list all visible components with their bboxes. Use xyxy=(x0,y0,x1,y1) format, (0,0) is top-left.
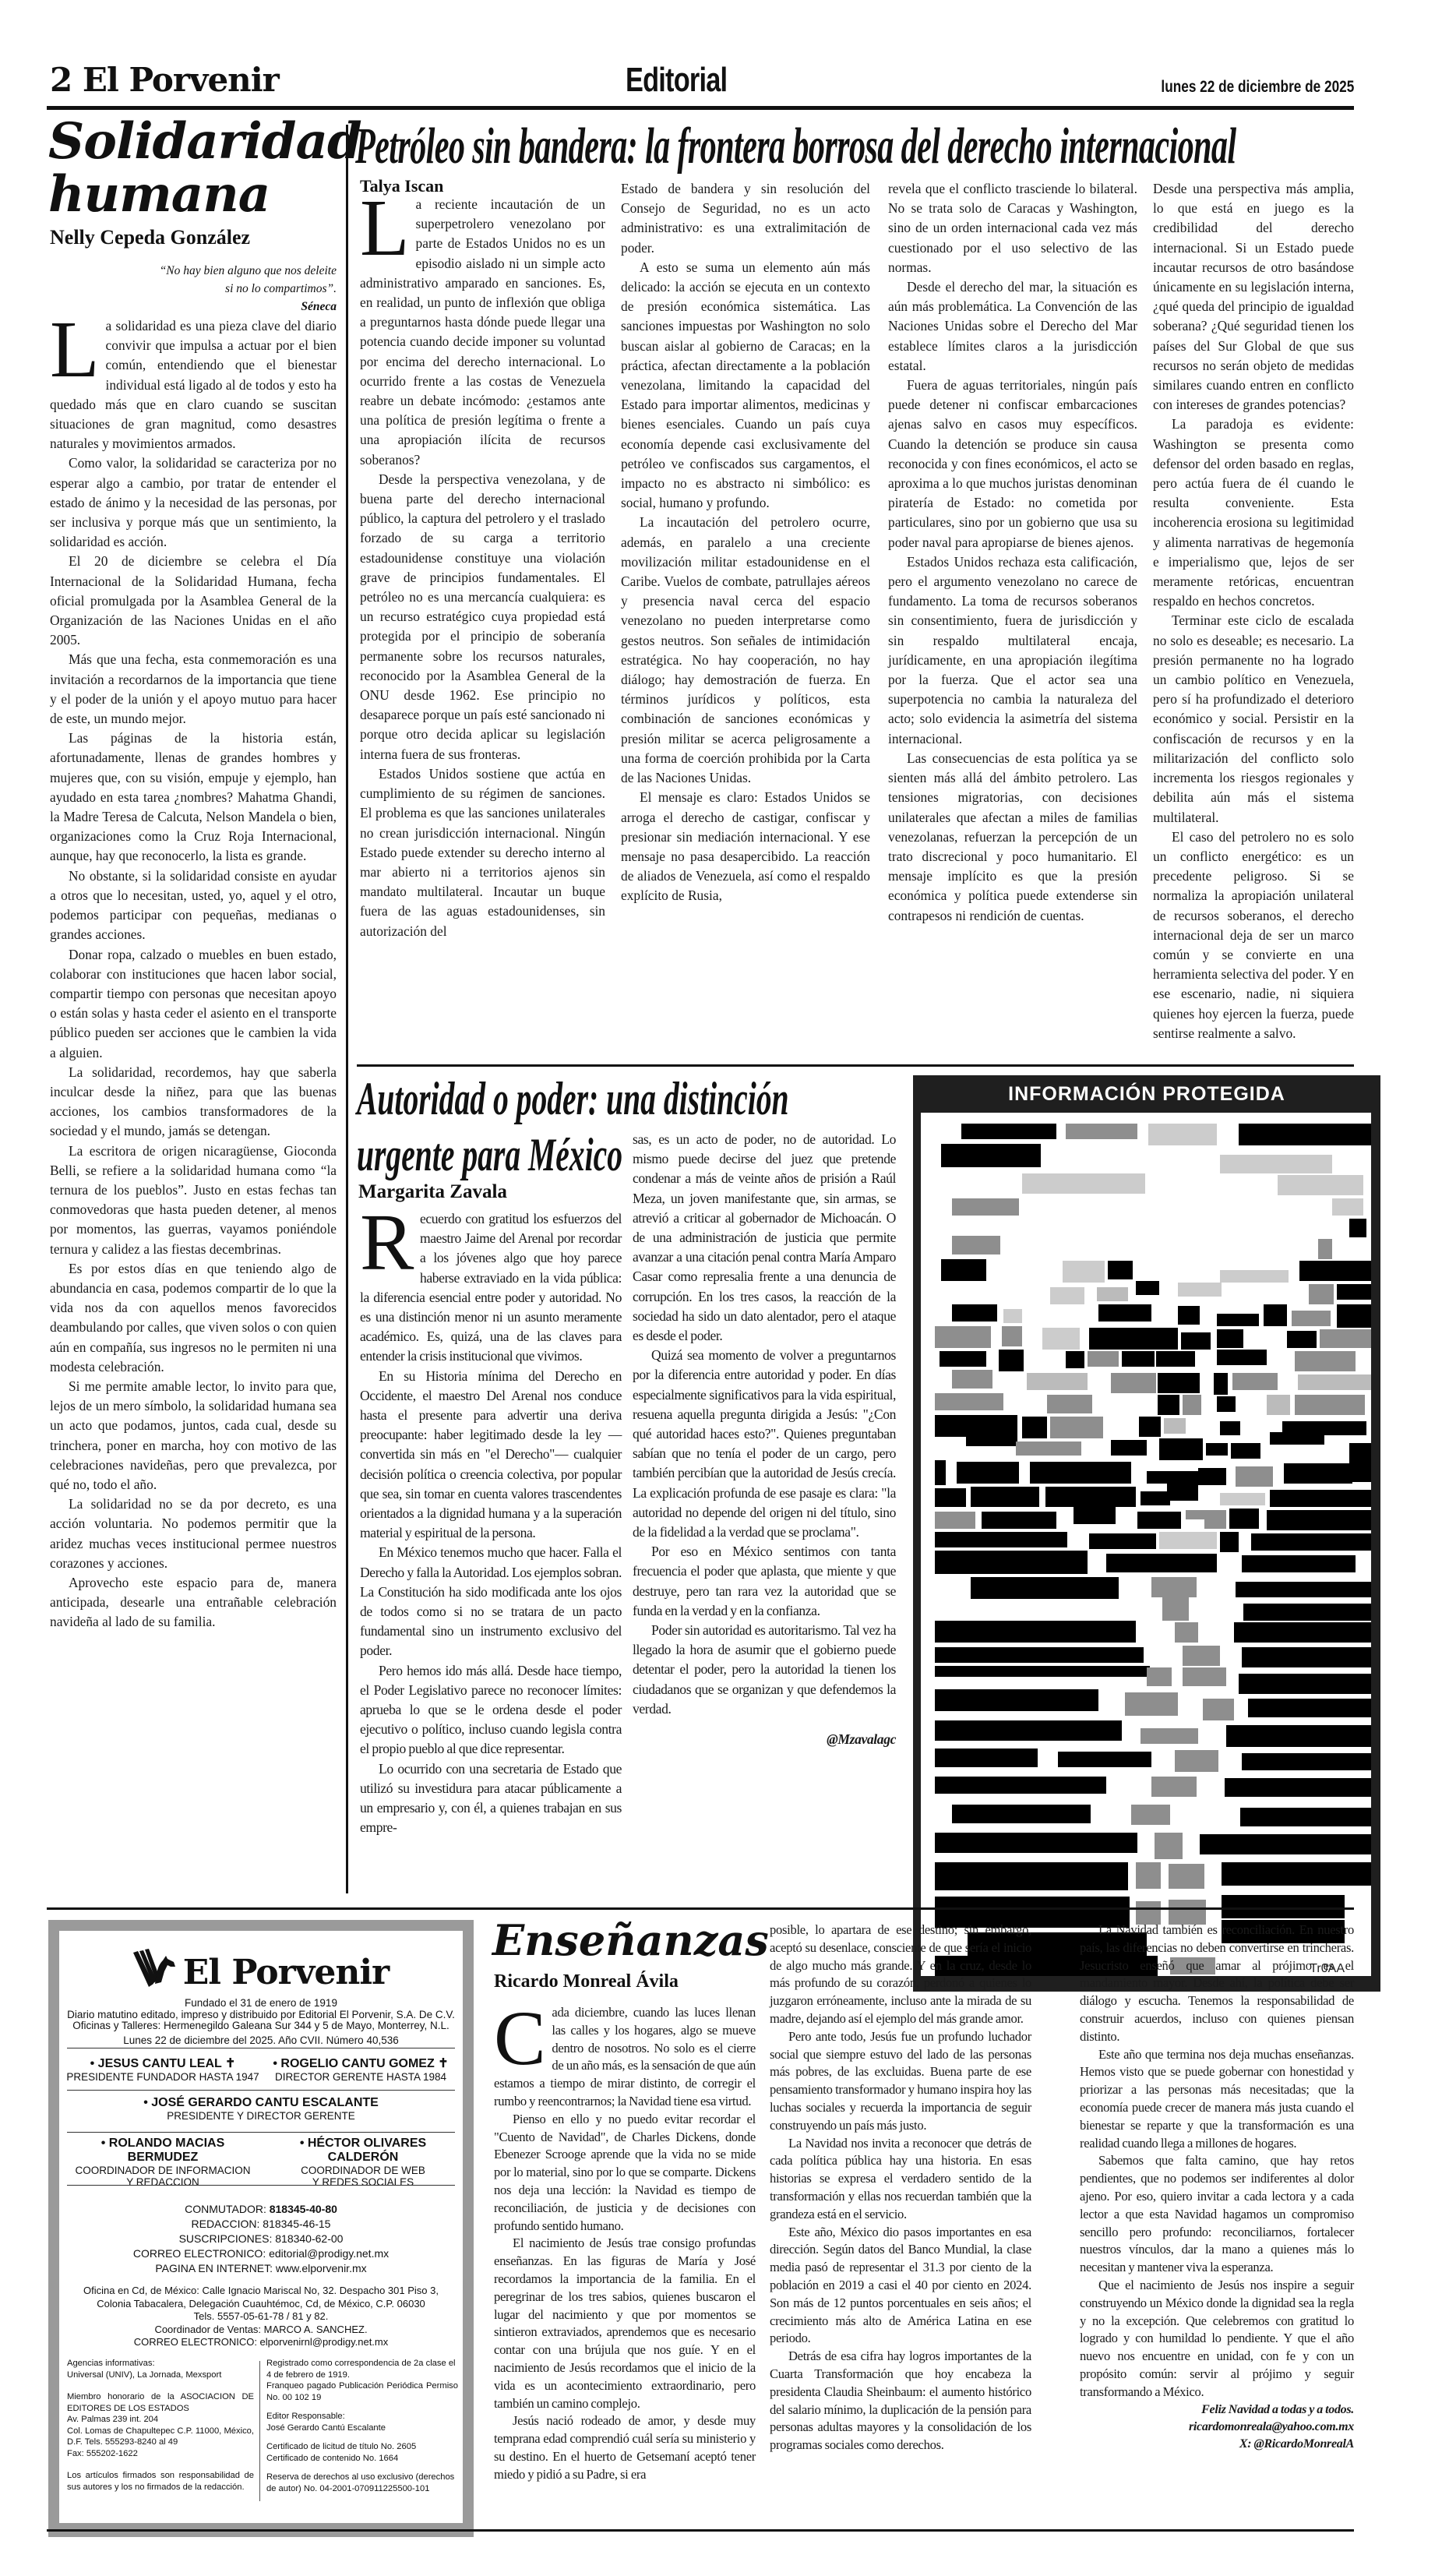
redaction-bar xyxy=(1349,1443,1371,1482)
redaction-bar xyxy=(1175,1622,1198,1643)
legal-right: Registrado como correspondencia de 2a cl… xyxy=(266,2358,458,2494)
redaction-bar xyxy=(982,1512,1056,1529)
redaction-bar xyxy=(1111,1440,1147,1456)
article-column-ensenanzas-1: Cada diciembre, cuando las luces llenan … xyxy=(494,2004,756,2484)
redaction-bar xyxy=(1158,1395,1179,1415)
paragraph: Desde la perspectiva venezolana, y de bu… xyxy=(360,470,605,764)
redaction-bar xyxy=(1270,1490,1371,1507)
paragraph: La paradoja es evidente: Washington se p… xyxy=(1153,415,1354,611)
staff-publication-info: Fundado el 31 de enero de 1919 Diario ma… xyxy=(59,1998,463,2046)
redaction-bar xyxy=(1284,1463,1352,1484)
article-column-petroleo-4: Desde una perspectiva más amplia, lo que… xyxy=(1153,179,1354,1043)
paragraph: Pienso en ello y no puedo evitar recorda… xyxy=(494,2111,756,2235)
page-masthead: 2 El Porvenir xyxy=(50,61,279,99)
redaction-bar xyxy=(999,1350,1024,1371)
paragraph: Estado de bandera y sin resolución del C… xyxy=(621,179,870,258)
edition-line: Lunes 22 de diciembre del 2025. Año CVII… xyxy=(59,2035,463,2047)
issue-date: lunes 22 de diciembre de 2025 xyxy=(1161,78,1354,97)
byline-ensenanzas: Ricardo Monreal Ávila xyxy=(494,1971,679,1992)
redaction-bar xyxy=(1074,1502,1116,1524)
paragraph: Que el nacimiento de Jesús nos inspire a… xyxy=(1080,2277,1354,2401)
redaction-bar xyxy=(966,1432,1017,1446)
redaction-bar xyxy=(1349,1219,1366,1237)
redaction-bar xyxy=(935,1621,1136,1643)
paragraph: En su Historia mínima del Derecho en Occ… xyxy=(360,1367,622,1544)
logo-text: El Porvenir xyxy=(183,1953,389,1992)
redaction-bar xyxy=(1232,1373,1278,1390)
redaction-bar xyxy=(1236,1466,1273,1487)
website-link[interactable]: PAGINA EN INTERNET: www.elporvenir.mx xyxy=(59,2261,463,2276)
paragraph: sas, es un acto de poder, no de autorida… xyxy=(633,1130,896,1346)
redaction-bar xyxy=(1217,1314,1259,1326)
redaction-bar xyxy=(1089,1328,1178,1350)
redaction-bar xyxy=(1122,1351,1155,1367)
paragraph: La solidaridad no se da por decreto, es … xyxy=(50,1494,337,1573)
bottom-rule xyxy=(47,2529,1354,2532)
founder-1: • JESUS CANTU LEAL ✝ PRESIDENTE FUNDADOR… xyxy=(65,2056,260,2083)
redaction-bar xyxy=(1270,1432,1324,1445)
horse-logo-icon xyxy=(133,1948,178,1988)
redaction-bar xyxy=(1125,1692,1178,1716)
redaction-bar xyxy=(1236,1582,1371,1597)
redaction-bar xyxy=(1016,1442,1081,1456)
staff-box-inner: El Porvenir Fundado el 31 de enero de 19… xyxy=(59,1931,463,2523)
paragraph: Este año, México dio pasos importantes e… xyxy=(770,2224,1031,2348)
paragraph: Las consecuencias de esta política ya se… xyxy=(888,749,1137,926)
epigraph-source: Séneca xyxy=(301,300,337,313)
dropcap: L xyxy=(50,319,100,380)
redaction-bar xyxy=(1002,1326,1022,1346)
staff-rule xyxy=(67,2048,455,2048)
redaction-bar xyxy=(935,1749,1038,1767)
redaction-bar xyxy=(1242,1555,1356,1572)
founder-2: • ROGELIO CANTU GOMEZ ✝ DIRECTOR GERENTE… xyxy=(263,2056,458,2083)
staff-rule xyxy=(67,2185,455,2186)
paragraph: Más que una fecha, esta conmemoración es… xyxy=(50,650,337,729)
redaction-bar xyxy=(1264,1304,1287,1326)
cdmx-office-block: Oficina en Cd, de México: Calle Ignacio … xyxy=(59,2285,463,2349)
coordinator-2: • HÉCTOR OLIVARES CALDERÓN COORDINADOR D… xyxy=(263,2137,463,2188)
redaction-bar xyxy=(935,1393,1003,1410)
paragraph: Recuerdo con gratitud los esfuerzos del … xyxy=(360,1209,622,1367)
redaction-bar xyxy=(1027,1373,1088,1390)
redaction-bar xyxy=(935,1532,1067,1547)
redaction-bar xyxy=(1183,1646,1220,1666)
redaction-bar xyxy=(1148,1124,1217,1145)
redaction-bar xyxy=(1242,1753,1371,1770)
redaction-bar xyxy=(1298,1374,1371,1390)
redaction-bar xyxy=(1162,1596,1189,1621)
paragraph: Terminar este ciclo de escalada no solo … xyxy=(1153,611,1354,827)
paragraph: El 20 de diciembre se celebra el Día Int… xyxy=(50,552,337,650)
redaction-bar xyxy=(1097,1287,1128,1301)
paragraph: La solidaridad es una pieza clave del di… xyxy=(50,316,337,453)
redaction-bar xyxy=(1169,1864,1204,1889)
redaction-bar xyxy=(1231,1443,1260,1459)
redaction-bar xyxy=(1220,1421,1240,1435)
redaction-bar xyxy=(1167,1471,1198,1501)
redaction-bar xyxy=(1220,1155,1332,1173)
redaction-bar xyxy=(1156,1351,1195,1367)
article-column-ensenanzas-2: posible, lo apartara de ese destino; sin… xyxy=(770,1921,1031,2454)
paragraph: revela que el conflicto trasciende lo bi… xyxy=(888,179,1137,277)
redaction-bar xyxy=(1151,1777,1197,1797)
legal-left: Agencias informativas: Universal (UNIV),… xyxy=(67,2358,254,2493)
switchboard: CONMUTADOR: 818345-40-80 xyxy=(59,2202,463,2217)
redaction-bar xyxy=(1047,1395,1092,1413)
redaction-bar xyxy=(935,1647,1144,1663)
paragraph: La solidaridad, recordemos, hay que sabe… xyxy=(50,1063,337,1142)
redaction-bar xyxy=(1203,1699,1234,1720)
paragraph: Es por estos días en que teniendo algo d… xyxy=(50,1259,337,1377)
redaction-bar xyxy=(1225,1778,1371,1797)
redaction-bar xyxy=(1217,1329,1243,1348)
redaction-bar xyxy=(952,1304,997,1322)
paragraph: Donar ropa, calzado o muebles en buen es… xyxy=(50,945,337,1063)
redaction-bar xyxy=(1183,1395,1201,1415)
paragraph: Las páginas de la historia están, afortu… xyxy=(50,729,337,866)
paragraph: Sabemos que falta camino, que hay retos … xyxy=(1080,2152,1354,2277)
paragraph: Cada diciembre, cuando las luces llenan … xyxy=(494,2004,756,2111)
redaction-bar xyxy=(940,1351,986,1367)
paragraph: Detrás de esa cifra hay logros important… xyxy=(770,2348,1031,2454)
paragraph: A esto se suma un elemento aún más delic… xyxy=(621,258,870,513)
president: • JOSÉ GERARDO CANTU ESCALANTE PRESIDENT… xyxy=(59,2096,463,2122)
paragraph: posible, lo apartara de ese destino; sin… xyxy=(770,1921,1031,2028)
article-body-solidaridad: La solidaridad es una pieza clave del di… xyxy=(50,316,337,1632)
redaction-bar xyxy=(1309,1284,1334,1304)
section-title: Editorial xyxy=(626,61,727,100)
redaction-bar xyxy=(1248,1699,1371,1717)
redaction-bar xyxy=(1022,1173,1145,1194)
redaction-bar xyxy=(1089,1533,1156,1549)
redaction-bar xyxy=(1098,1304,1151,1322)
redaction-bar xyxy=(1217,1396,1236,1412)
founded-line: Fundado el 31 de enero de 1919 xyxy=(59,1998,463,2010)
redaction-bar xyxy=(1088,1351,1119,1367)
redaction-bar xyxy=(957,1462,1019,1484)
paragraph: Por eso en México sentimos con tanta fre… xyxy=(633,1542,896,1621)
staff-rule xyxy=(67,2090,455,2091)
paragraph: El mensaje es claro: Estados Unidos se a… xyxy=(621,788,870,905)
redaction-bar xyxy=(1151,1577,1197,1597)
author-social-handle[interactable]: X: @RicardoMonrealA xyxy=(1080,2436,1354,2453)
article-column-autoridad-1: Recuerdo con gratitud los esfuerzos del … xyxy=(360,1209,622,1838)
redaction-bar xyxy=(1042,1328,1080,1350)
paragraph: Jesús nació rodeado de amor, y desde muy… xyxy=(494,2412,756,2483)
redaction-bar xyxy=(1222,1862,1371,1886)
redaction-bar xyxy=(1066,1351,1084,1368)
redaction-bar xyxy=(1217,1350,1267,1365)
redaction-bar xyxy=(1299,1261,1371,1281)
paragraph: Lo ocurrido con una secretaria de Estado… xyxy=(360,1759,622,1838)
paragraph: La Navidad también es reconciliación. En… xyxy=(1080,1921,1354,2046)
subscriptions-phone: SUSCRIPCIONES: 818340-62-00 xyxy=(59,2232,463,2246)
redaction-bar xyxy=(1251,1533,1371,1551)
redaction-bar xyxy=(1003,1309,1022,1323)
paragraph: Estados Unidos rechaza esta calificación… xyxy=(888,552,1137,749)
redaction-bar xyxy=(1164,1418,1186,1434)
paragraph: Pero ante todo, Jesús fue un profundo lu… xyxy=(770,2028,1031,2135)
redaction-bar xyxy=(1155,1833,1183,1859)
paragraph: El nacimiento de Jesús trae consigo prof… xyxy=(494,2235,756,2412)
redaction-bar xyxy=(1030,1462,1131,1484)
redaction-bar xyxy=(952,1370,992,1389)
redaction-bar xyxy=(1229,1509,1259,1529)
redaction-bar xyxy=(1240,1808,1371,1826)
paragraph: Si me permite amable lector, lo invito p… xyxy=(50,1377,337,1494)
paragraph: Poder sin autoridad es autoritarismo. Ta… xyxy=(633,1621,896,1719)
paragraph: Aprovecho este espacio para de, manera a… xyxy=(50,1573,337,1632)
legal-divider xyxy=(259,2361,260,2501)
epigraph-text: “No hay bien alguno que nos deleite si n… xyxy=(156,262,337,298)
paragraph: Estados Unidos sostiene que actúa en cum… xyxy=(360,764,605,941)
redaction-bar xyxy=(1239,1124,1371,1145)
redaction-bar xyxy=(1206,1443,1228,1456)
redaction-bar xyxy=(1159,1438,1203,1460)
paragraph: Desde una perspectiva más amplia, lo que… xyxy=(1153,179,1354,415)
staff-box: El Porvenir Fundado el 31 de enero de 19… xyxy=(48,1920,474,2537)
article-title-petroleo: Petróleo sin bandera: la frontera borros… xyxy=(355,117,999,176)
redaction-bar xyxy=(1287,1331,1317,1348)
redaction-bar xyxy=(1141,1728,1198,1744)
redaction-bar xyxy=(1226,1725,1371,1747)
email-link[interactable]: CORREO ELECTRONICO: editorial@prodigy.ne… xyxy=(59,2246,463,2261)
paragraph: En México tenemos mucho que hacer. Falla… xyxy=(360,1543,622,1660)
redaction-bar xyxy=(1111,1373,1156,1393)
article-column-petroleo-3: revela que el conflicto trasciende lo bi… xyxy=(888,179,1137,926)
redaction-bar xyxy=(1147,1667,1172,1686)
redaction-bar xyxy=(1332,1198,1363,1216)
paper-logo: El Porvenir xyxy=(59,1948,463,1992)
redaction-bar xyxy=(1022,1417,1047,1438)
redaction-bar xyxy=(1108,1261,1133,1279)
publisher-line: Diario matutino editado, impreso y distr… xyxy=(59,2010,463,2021)
dropcap: L xyxy=(360,198,410,259)
page-number: 2 xyxy=(50,61,72,99)
dropcap: R xyxy=(360,1212,414,1273)
paragraph: Desde el derecho del mar, la situación e… xyxy=(888,277,1137,376)
paragraph: Fuera de aguas territoriales, ningún paí… xyxy=(888,376,1137,552)
redaction-bar xyxy=(935,1512,975,1529)
paragraph: Quizá sea momento de volver a preguntarn… xyxy=(633,1346,896,1542)
redaction-bar xyxy=(1295,1351,1356,1371)
redaction-bar xyxy=(1220,1493,1265,1505)
redaction-bar xyxy=(952,1198,1019,1216)
redaction-bar xyxy=(1198,1468,1226,1485)
redaction-bar xyxy=(1243,1604,1371,1621)
redacted-document-illustration: Tr0AA xyxy=(921,1113,1371,1976)
section-rule xyxy=(47,1907,1354,1910)
redaction-bar xyxy=(952,1805,1091,1823)
redaction-bar xyxy=(1158,1373,1200,1393)
redaction-bar xyxy=(1183,1667,1226,1686)
redaction-bar xyxy=(1175,1750,1218,1772)
redaction-bar xyxy=(935,1666,1150,1677)
redaction-bar xyxy=(935,1460,946,1485)
paragraph: No obstante, si la solidaridad consiste … xyxy=(50,866,337,945)
article-column-petroleo-2: Estado de bandera y sin resolución del C… xyxy=(621,179,870,906)
redaction-bar xyxy=(1234,1622,1371,1643)
redaction-bar xyxy=(1242,1647,1371,1667)
redaction-bar xyxy=(971,1487,1039,1507)
redaction-bar xyxy=(971,1577,1119,1599)
redaction-bar xyxy=(1220,1270,1289,1283)
header-rule xyxy=(47,106,1354,110)
signoff: Feliz Navidad a todas y a todos. ricardo… xyxy=(1080,2401,1354,2453)
redaction-bar xyxy=(935,1488,966,1507)
redaction-bar xyxy=(935,1326,991,1348)
redaction-bar xyxy=(1178,1306,1200,1325)
redaction-bar xyxy=(1222,1895,1345,1918)
cartoon-informacion-protegida: INFORMACIÓN PROTEGIDA xyxy=(913,1075,1380,1992)
redaction-bar xyxy=(1050,1287,1084,1304)
redaction-bar xyxy=(1200,1834,1371,1854)
redaction-bar xyxy=(941,1259,986,1281)
redaction-bar xyxy=(1058,1752,1151,1767)
redaction-bar xyxy=(935,1833,1137,1853)
author-handle: @Mzavalagc xyxy=(633,1730,896,1749)
redaction-bar xyxy=(1178,1283,1222,1297)
paragraph: La reciente incautación de un superpetro… xyxy=(360,195,605,470)
byline-solidaridad: Nelly Cepeda González xyxy=(50,226,250,249)
redaction-bar xyxy=(1141,1491,1170,1505)
article-column-ensenanzas-3: La Navidad también es reconciliación. En… xyxy=(1080,1921,1354,2453)
article-column-autoridad-2: sas, es un acto de poder, no de autorida… xyxy=(633,1130,896,1749)
paragraph: El caso del petrolero no es solo un conf… xyxy=(1153,827,1354,1043)
redaction-bar xyxy=(935,1551,1088,1574)
redaction-bar xyxy=(1318,1239,1332,1259)
redaction-bar xyxy=(935,1862,1128,1890)
section-rule xyxy=(357,1064,1354,1067)
redaction-bar xyxy=(1139,1417,1161,1437)
redaction-bar xyxy=(941,1144,1041,1167)
redaction-bar xyxy=(1106,1554,1217,1572)
redaction-bar xyxy=(1159,1532,1217,1549)
redaction-bar xyxy=(1137,1512,1181,1529)
paragraph: La incautación del petrolero ocurre, ade… xyxy=(621,513,870,788)
redaction-bar xyxy=(1136,1862,1161,1889)
coordinator-1: • ROLANDO MACIAS BERMUDEZ COORDINADOR DE… xyxy=(65,2137,260,2188)
dropcap: C xyxy=(494,2007,545,2070)
paragraph: Como valor, la solidaridad se caracteriz… xyxy=(50,453,337,552)
author-email[interactable]: ricardomonreala@yahoo.com.mx xyxy=(1080,2419,1354,2436)
redaction-bar xyxy=(1239,1674,1371,1694)
article-title-solidaridad: Solidaridad humana xyxy=(48,115,344,221)
newsroom-phone: REDACCION: 818345-46-15 xyxy=(59,2217,463,2232)
staff-rule xyxy=(67,2132,455,2133)
redaction-bar xyxy=(935,1777,1106,1794)
redaction-bar xyxy=(952,1236,1000,1254)
cartoon-title: INFORMACIÓN PROTEGIDA xyxy=(913,1075,1380,1113)
offices-line: Oficinas y Talleres: Hermenegildo Galean… xyxy=(59,2020,463,2032)
redaction-bar xyxy=(1278,1175,1363,1195)
paragraph: La Navidad nos invita a reconocer que de… xyxy=(770,2135,1031,2224)
redaction-bar xyxy=(1050,1417,1103,1438)
redaction-bar xyxy=(1337,1284,1371,1300)
sales-email-link[interactable]: CORREO ELECTRONICO: elporvenirnl@prodigy… xyxy=(59,2336,463,2349)
paper-name: El Porvenir xyxy=(83,61,279,99)
paragraph: Este año que termina nos deja muchas ens… xyxy=(1080,2046,1354,2153)
redaction-bar xyxy=(1066,1124,1137,1139)
paragraph: Pero hemos ido más allá. Desde hace tiem… xyxy=(360,1661,622,1759)
article-column-petroleo-1: La reciente incautación de un superpetro… xyxy=(360,195,605,941)
redaction-bar xyxy=(961,1124,1056,1139)
redaction-bar xyxy=(1292,1311,1331,1326)
redaction-bar xyxy=(1214,1373,1228,1395)
redaction-bar xyxy=(1220,1532,1239,1552)
redaction-bar xyxy=(1337,1304,1371,1328)
redaction-bar xyxy=(1136,1281,1159,1295)
redaction-bar xyxy=(935,1689,1098,1711)
redaction-bar xyxy=(1267,1510,1371,1530)
redaction-bar xyxy=(1320,1329,1371,1348)
article-title-ensenanzas: Enseñanzas xyxy=(492,1915,769,1965)
redaction-bar xyxy=(1181,1332,1211,1350)
redaction-bar xyxy=(1204,1510,1226,1529)
redaction-bar xyxy=(935,1720,1122,1741)
epigraph: “No hay bien alguno que nos deleite si n… xyxy=(156,262,337,316)
redaction-bar xyxy=(1131,1805,1170,1825)
redaction-bar xyxy=(1295,1395,1365,1415)
column-divider xyxy=(346,125,348,1893)
redaction-bar xyxy=(1267,1395,1290,1415)
paragraph: La escritora de origen nicaragüense, Gio… xyxy=(50,1142,337,1259)
redaction-bar xyxy=(1063,1261,1105,1283)
contact-block: CONMUTADOR: 818345-40-80 REDACCION: 8183… xyxy=(59,2202,463,2276)
